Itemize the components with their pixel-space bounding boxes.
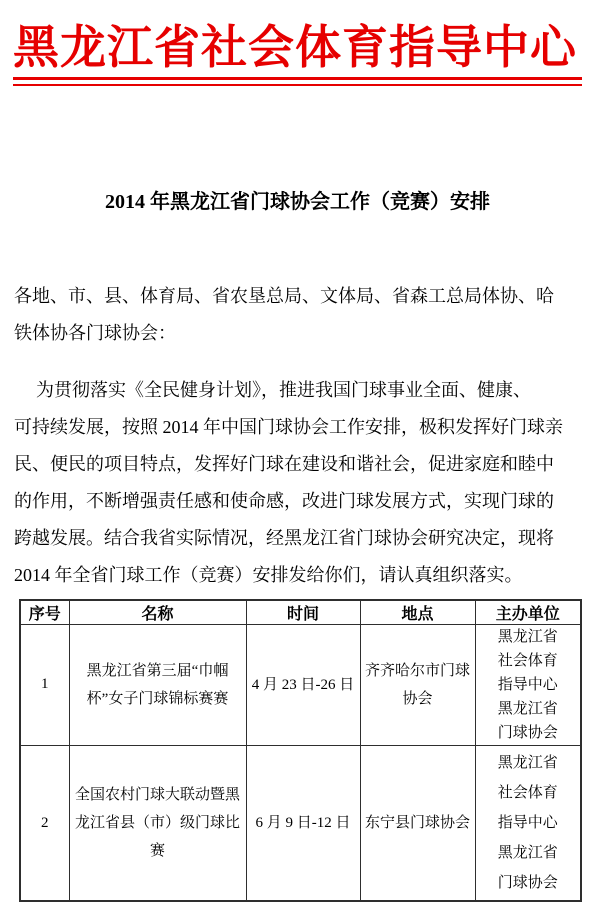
location-cell: 东宁县门球协会 — [360, 745, 475, 901]
column-header-location: 地点 — [360, 600, 475, 625]
column-header-organizer: 主办单位 — [475, 600, 581, 625]
organizer-cell: 黑龙江省社会体育指导中心黑龙江省门球协会 — [475, 624, 581, 745]
letterhead: 黑龙江省社会体育指导中心 — [0, 0, 595, 86]
time-cell: 4 月 23 日-26 日 — [246, 624, 360, 745]
paragraph-line: 为贯彻落实《全民健身计划》，推进我国门球事业全面、健康、 — [14, 372, 581, 409]
paragraph-line: 的作用，不断增强责任感和使命感，改进门球发展方式，实现门球的 — [14, 483, 581, 520]
time-text: 4 月 23 日-26 日 — [252, 677, 355, 693]
letterhead-rule-thin — [13, 84, 582, 86]
document-page: 黑龙江省社会体育指导中心 2014 年黑龙江省门球协会工作（竞赛）安排 各地、市… — [0, 0, 595, 921]
schedule-table: 序号 名称 时间 地点 主办单位 1 黑龙江省第三届“巾帼杯”女子门球锦标赛赛 … — [19, 599, 582, 903]
table-row: 2 全国农村门球大联动暨黑龙江省县（市）级门球比赛 6 月 9 日-12 日 东… — [20, 745, 581, 901]
serial-cell: 1 — [20, 624, 69, 745]
location-cell: 齐齐哈尔市门球协会 — [360, 624, 475, 745]
paragraph-line: 民、便民的项目特点，发挥好门球在建设和谐社会，促进家庭和睦中 — [14, 446, 581, 483]
body-paragraph: 为贯彻落实《全民健身计划》，推进我国门球事业全面、健康、 可持续发展，按照 20… — [14, 372, 581, 594]
salutation: 各地、市、县、体育局、省农垦总局、文体局、省森工总局体协、哈铁体协各门球协会： — [14, 278, 581, 352]
document-title: 2014 年黑龙江省门球协会工作（竞赛）安排 — [14, 190, 581, 214]
column-header-serial: 序号 — [20, 600, 69, 625]
table-header-row: 序号 名称 时间 地点 主办单位 — [20, 600, 581, 625]
name-cell: 全国农村门球大联动暨黑龙江省县（市）级门球比赛 — [69, 745, 246, 901]
time-text: 6 月 9 日-12 日 — [256, 815, 351, 831]
letterhead-rule-thick — [13, 77, 582, 80]
paragraph-line: 跨越发展。结合我省实际情况，经黑龙江省门球协会研究决定，现将 — [14, 520, 581, 557]
table-row: 1 黑龙江省第三届“巾帼杯”女子门球锦标赛赛 4 月 23 日-26 日 齐齐哈… — [20, 624, 581, 745]
column-header-name: 名称 — [69, 600, 246, 625]
organizer-cell: 黑龙江省社会体育指导中心黑龙江省门球协会 — [475, 745, 581, 901]
time-cell: 6 月 9 日-12 日 — [246, 745, 360, 901]
paragraph-line: 2014 年全省门球工作（竞赛）安排发给你们，请认真组织落实。 — [14, 557, 581, 594]
letterhead-title: 黑龙江省社会体育指导中心 — [13, 0, 582, 74]
column-header-time: 时间 — [246, 600, 360, 625]
name-cell: 黑龙江省第三届“巾帼杯”女子门球锦标赛赛 — [69, 624, 246, 745]
serial-cell: 2 — [20, 745, 69, 901]
paragraph-line: 可持续发展，按照 2014 年中国门球协会工作安排，极积发挥好门球亲 — [14, 409, 581, 446]
